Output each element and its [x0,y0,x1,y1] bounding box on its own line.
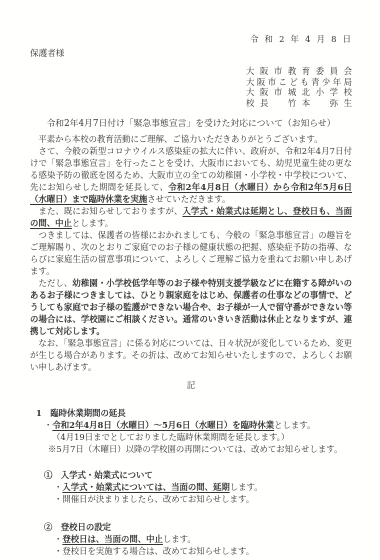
section-closure-extension: 1 臨時休業期間の延長 ・令和2年4月8日（水曜日）～5月6日（水曜日）を臨時休… [30,407,352,455]
body-text: 平素から本校の教育活動にご理解、ご協力いただきありがとうございます。 さて、今般… [30,133,352,373]
ceremony-notice-pre: また、既にお知らせしておりますが、 [30,206,182,216]
section-1-note-reopen: ※5月7日（木曜日）以降の学校園の再開については、改めてお知らせします。 [48,443,352,455]
sender-line-organization: 大阪市教育委員会 [246,66,352,77]
closure-notice-post: させていただきます。 [147,194,230,204]
section-2-bullet-announce: ・開催日が決まりましたら、改めてお知らせします。 [54,493,352,505]
section-3-heading: ② 登校日の設定 [44,521,352,533]
sender-line-principal: 校長 竹本 弥生 [246,98,352,109]
exception-bold-text: 幼稚園・小学校低学年等のお子様や特別支援学級などに在籍する障がいのあるお子様につ… [30,278,352,336]
exception-pre: ただし、 [30,278,72,288]
paragraph-request: つきましては、保護者の皆様におかれましても、今般の「緊急事態宣言」の趣旨をご理解… [30,229,352,277]
section-2-bullet-postpone: ・入学式・始業式については、当面の間、延期します。 [54,481,352,493]
paragraph-closure-notice: さて、今般の新型コロナウイルス感染症の拡大に伴い、政府が、令和2年4月7日付けで… [30,145,352,205]
paragraph-greeting-text: 平素から本校の教育活動にご理解、ご協力いただきありがとうございます。 [30,134,322,144]
ceremony-postpone-line-post: します。 [230,482,263,492]
paragraph-greeting: 平素から本校の教育活動にご理解、ご協力いただきありがとうございます。 [30,133,352,145]
ceremony-notice-post: とします。 [72,218,113,228]
sender-line-school: 大阪市城北小学校 [246,87,352,98]
sender-line-bureau: 大阪市こども青少年局 [246,77,352,88]
paragraph-request-text: つきましては、保護者の皆様におかれましても、今般の「緊急事態宣言」の趣旨をご理解… [30,230,352,276]
paragraph-changes: なお、「緊急事態宣言」に係る対応については、日々状況が変化しているため、変更が生… [30,337,352,373]
ceremony-postpone-line-emphasis: 入学式・始業式については、当面の間、延期 [62,482,229,492]
school-day-cancel-emphasis: 登校日は、当面の間、中止 [62,534,163,544]
paragraph-ceremony-notice: また、既にお知らせしておりますが、入学式・始業式は延期とし、登校日も、当面の間、… [30,205,352,229]
section-3-bullet-announce: ・登校日を実施する場合は、改めてお知らせします。 [54,545,352,557]
document-title: 令和2年4月7日付け「緊急事態宣言」を受けた対応について（お知らせ） [30,118,352,130]
school-day-cancel-post: します。 [163,534,196,544]
section-1-note-extension: （4月19日までとしておりました臨時休業期間を延長します。） [52,431,352,443]
ki-marker: 記 [30,379,352,391]
paragraph-changes-text: なお、「緊急事態宣言」に係る対応については、日々状況が変化しているため、変更が生… [30,338,352,372]
section-1-heading: 1 臨時休業期間の延長 [36,407,352,419]
section-2-heading: ① 入学式・始業式について [44,469,352,481]
paragraph-exception: ただし、幼稚園・小学校低学年等のお子様や特別支援学級などに在籍する障がいのあるお… [30,277,352,337]
section-1-bullet-period: ・令和2年4月8日（水曜日）～5月6日（水曜日）を臨時休業とします。 [44,419,352,431]
closure-dates-emphasis: 令和2年4月8日（水曜日）～5月6日（水曜日）を臨時休業 [52,420,274,430]
document-date: 令和2年4月8日 [250,34,352,44]
sender-block: 大阪市教育委員会 大阪市こども青少年局 大阪市城北小学校 校長 竹本 弥生 [246,66,352,108]
section-ceremonies: ① 入学式・始業式について ・入学式・始業式については、当面の間、延期します。 … [30,469,352,505]
section-school-days: ② 登校日の設定 ・登校日は、当面の間、中止します。 ・登校日を実施する場合は、… [30,521,352,557]
document-page: 令和2年4月8日 保護者様 大阪市教育委員会 大阪市こども青少年局 大阪市城北小… [0,0,380,560]
section-3-bullet-cancel: ・登校日は、当面の間、中止します。 [54,533,352,545]
closure-dates-post: とします。 [274,420,315,430]
recipient-label: 保護者様 [30,49,352,59]
